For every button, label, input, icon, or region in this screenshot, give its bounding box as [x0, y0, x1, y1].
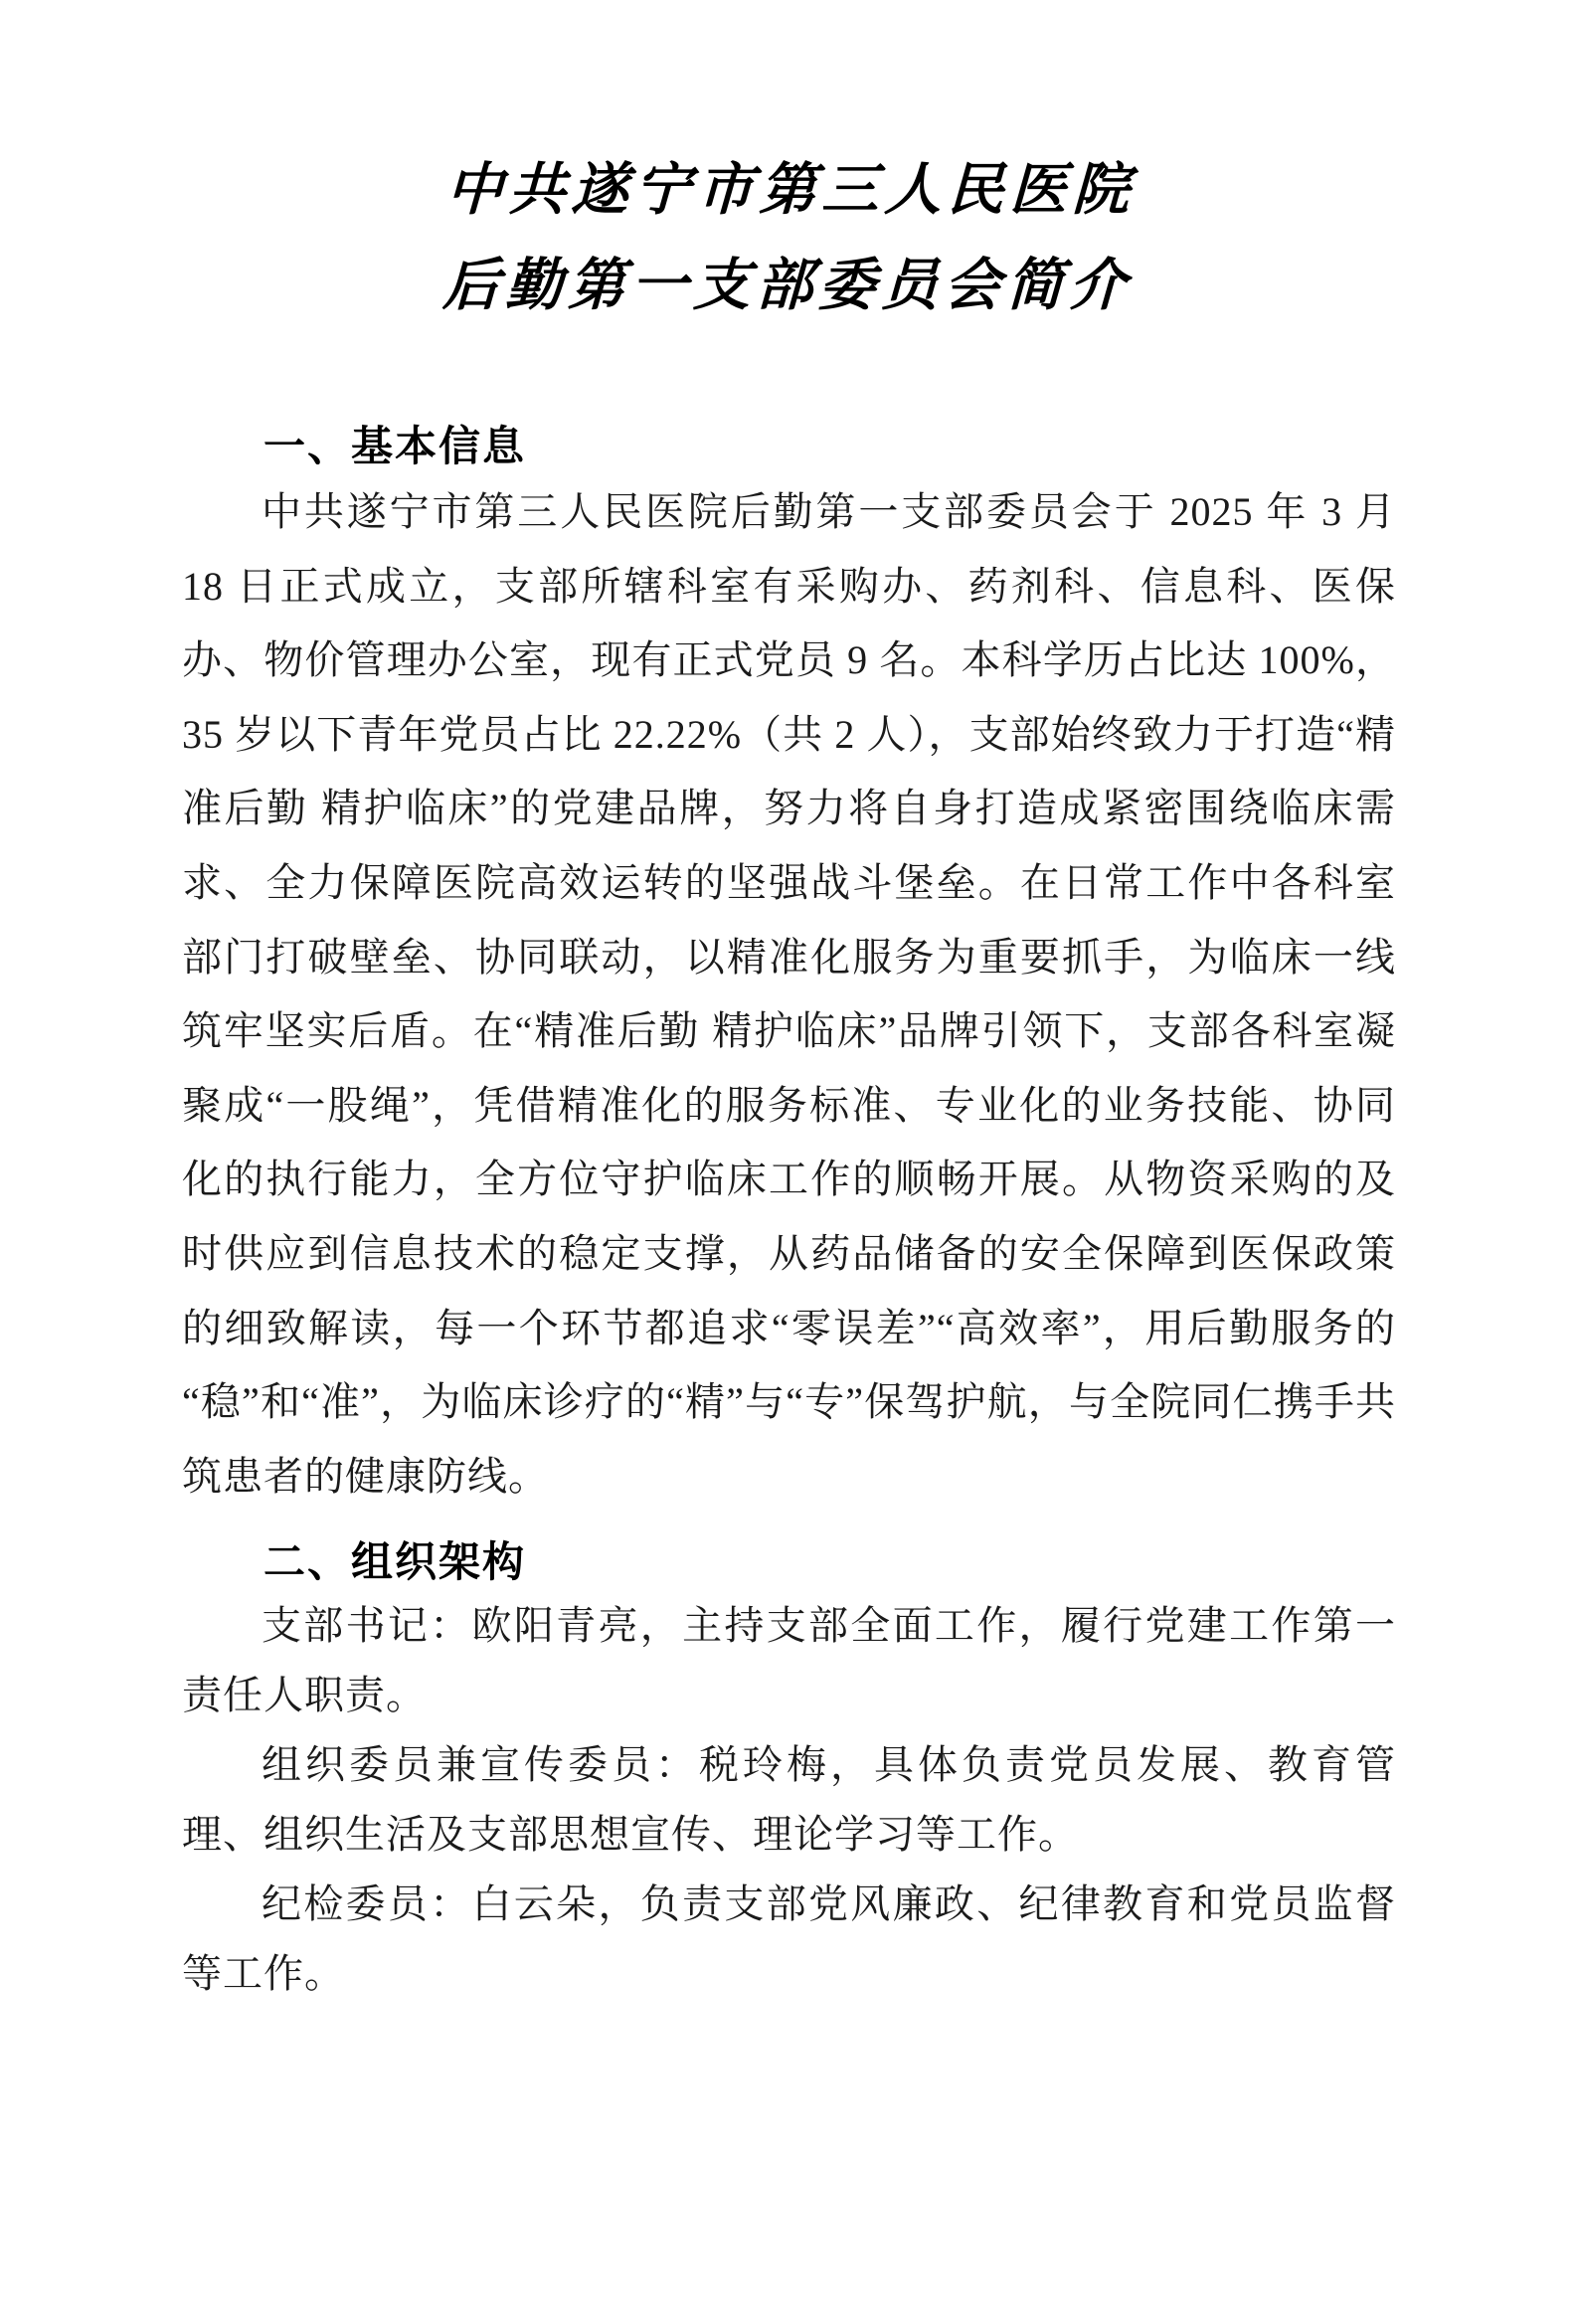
document-page: 中共遂宁市第三人民医院 后勤第一支部委员会简介 一、基本信息 中共遂宁市第三人民…	[0, 0, 1578, 2324]
section-heading-org-structure: 二、组织架构	[182, 1533, 1396, 1591]
document-title-line-1: 中共遂宁市第三人民医院	[182, 143, 1399, 239]
org-role-discipline-inspection-member-paragraph: 纪检委员：白云朵，负责支部党风廉政、纪律教育和党员监督等工作。	[182, 1870, 1396, 2009]
document-title-line-2: 后勤第一支部委员会简介	[179, 239, 1396, 334]
org-role-organization-publicity-member-paragraph: 组织委员兼宣传委员：税玲梅，具体负责党员发展、教育管理、组织生活及支部思想宣传、…	[182, 1730, 1396, 1870]
org-role-branch-secretary-paragraph: 支部书记：欧阳青亮，主持支部全面工作，履行党建工作第一责任人职责。	[182, 1591, 1396, 1730]
basic-info-paragraph: 中共遂宁市第三人民医院后勤第一支部委员会于 2025 年 3 月 18 日正式成…	[182, 475, 1396, 1514]
document-title: 中共遂宁市第三人民医院 后勤第一支部委员会简介	[179, 143, 1400, 334]
section-heading-basic-info: 一、基本信息	[182, 418, 1396, 475]
